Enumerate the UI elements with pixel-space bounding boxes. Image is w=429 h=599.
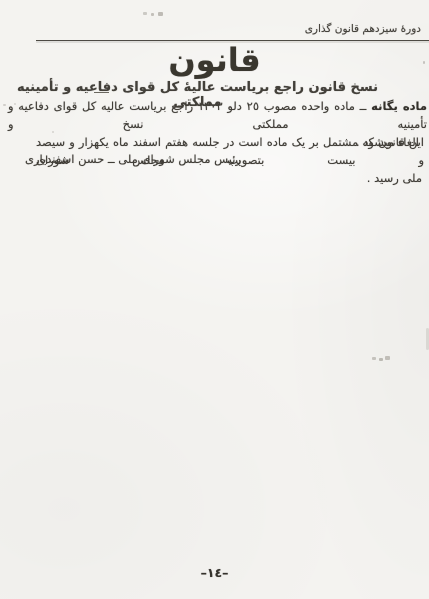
scanned-law-page: دورهٔ سیزدهم قانون گذاری قانون نسخ قانون… bbox=[0, 0, 429, 599]
document-title: قانون bbox=[0, 42, 429, 78]
scan-speck bbox=[3, 104, 6, 106]
scan-speck bbox=[151, 13, 154, 16]
scan-speck bbox=[14, 103, 16, 105]
scan-speck bbox=[52, 131, 54, 133]
article-label: ماده یگانه bbox=[371, 99, 427, 113]
speaker-signature: رئیس مجلس شورای ملی ــ حسن اسفندیاری bbox=[25, 152, 241, 166]
article-dash: ــ bbox=[360, 99, 367, 113]
scan-speck bbox=[143, 12, 147, 15]
ratification-line-2: ملی رسید . bbox=[36, 169, 424, 187]
scan-speck bbox=[423, 61, 425, 64]
scan-speck bbox=[158, 12, 163, 16]
scan-speck bbox=[372, 357, 376, 360]
article-line-1: ماده یگانه ــ ماده واحده مصوب ٢٥ دلو ١٣٠… bbox=[8, 97, 427, 133]
subtitle-dash-mark bbox=[94, 92, 109, 93]
scan-speck bbox=[385, 356, 390, 360]
legislative-period-header: دورهٔ سیزدهم قانون گذاری bbox=[305, 23, 421, 35]
scan-speck bbox=[379, 358, 383, 361]
page-number: –١٤– bbox=[0, 565, 429, 580]
